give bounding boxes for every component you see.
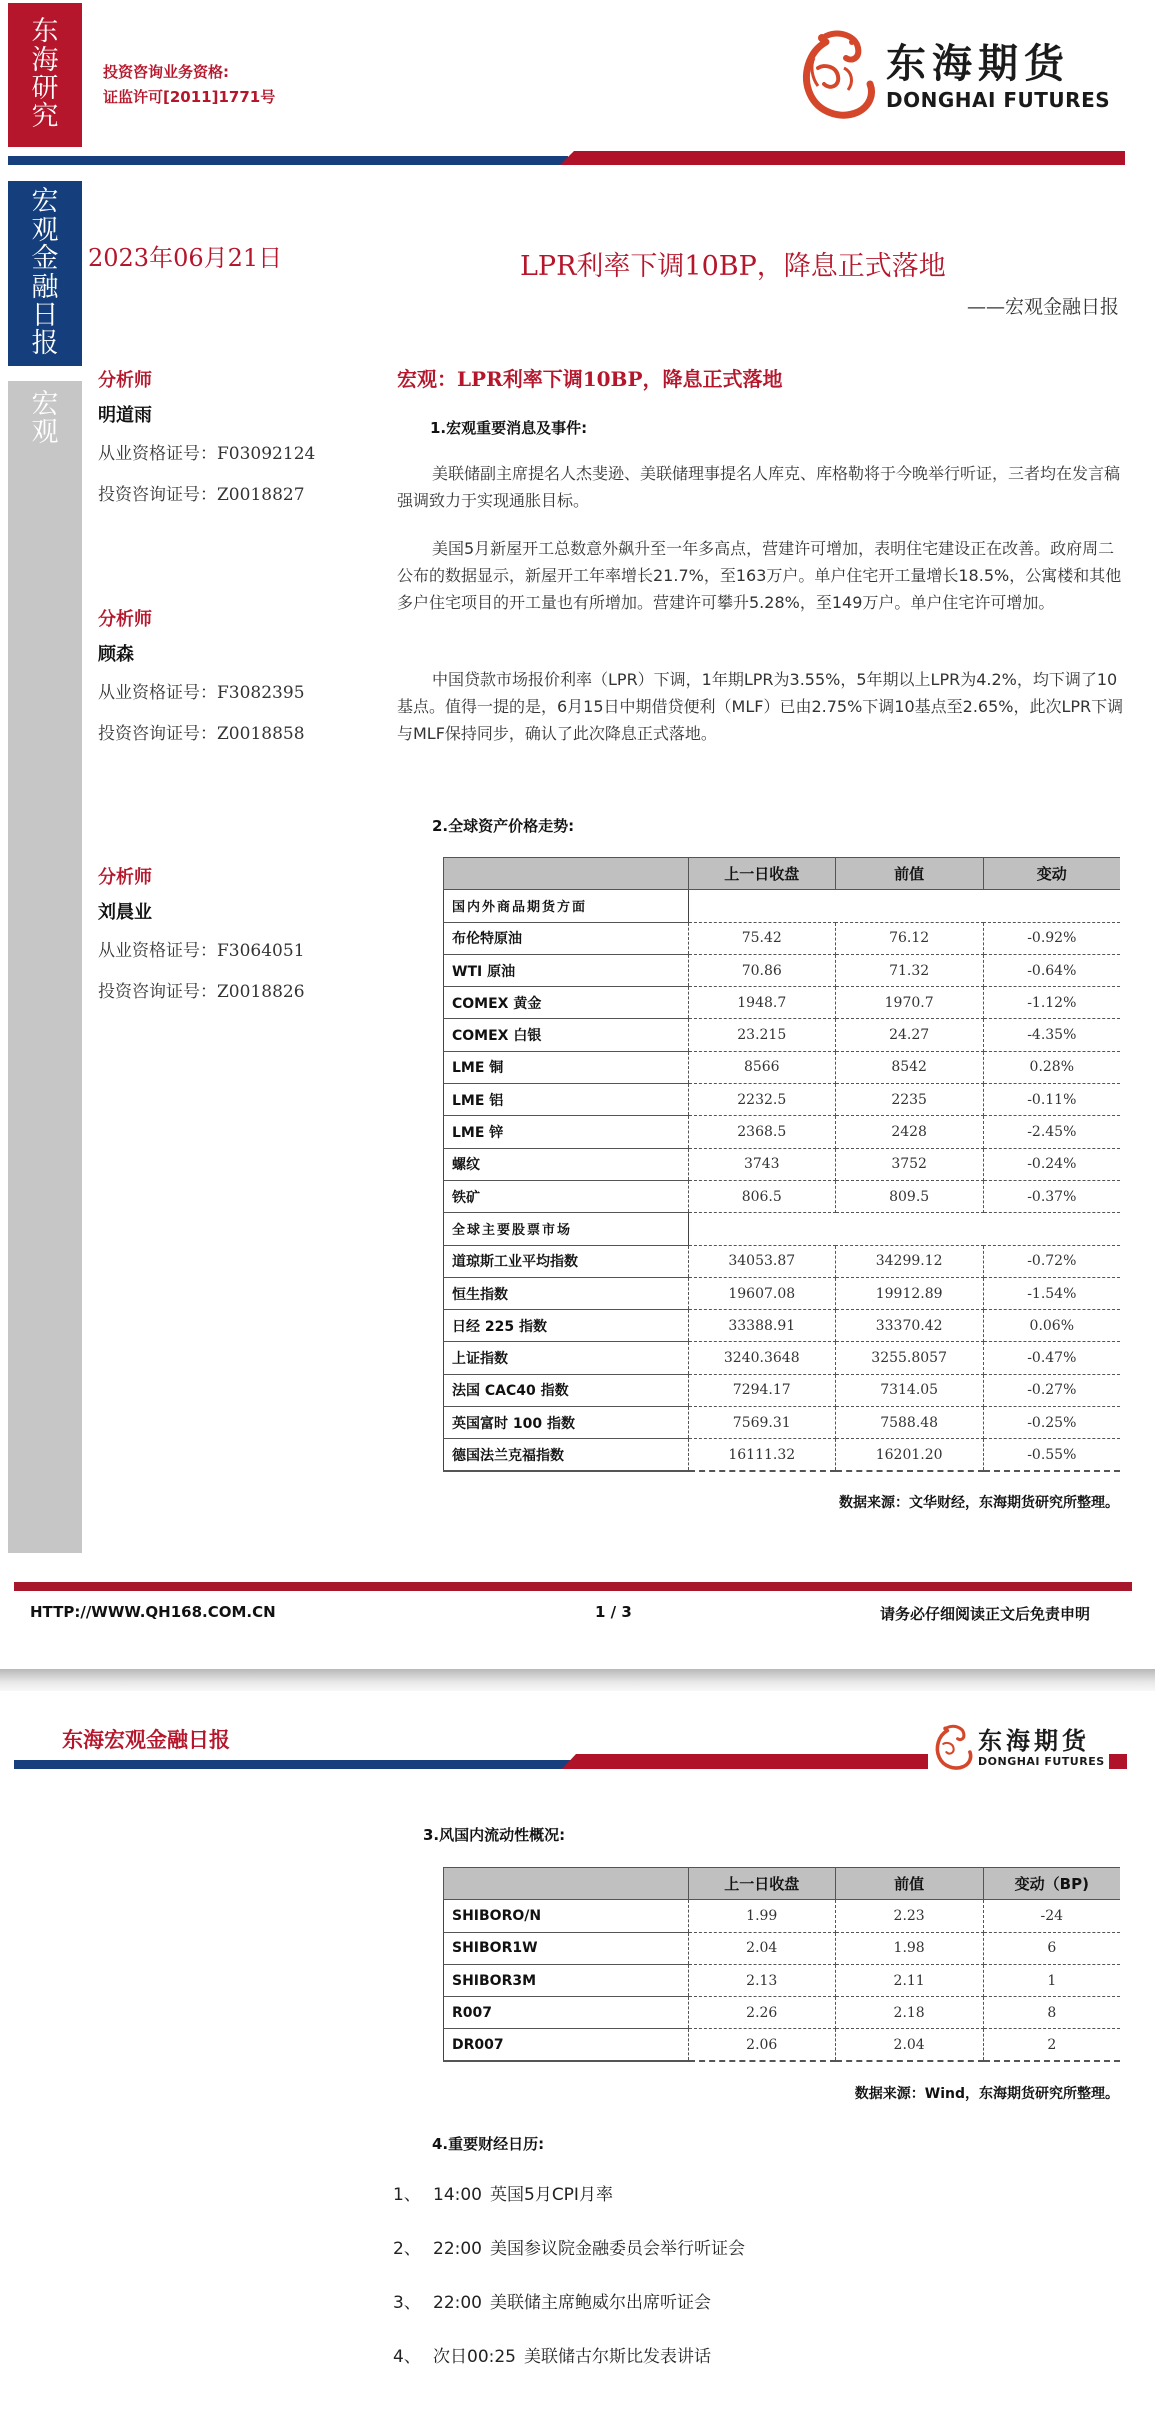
change-value: 2 <box>983 2029 1120 2061</box>
prev-value: 2.18 <box>835 1997 983 2029</box>
tab-char: 融 <box>32 274 59 302</box>
calendar-item: 2、22:00美国参议院金融委员会举行听证会 <box>393 2234 745 2259</box>
analyst-qualification: 从业资格证号：F3064051 <box>98 931 398 972</box>
change-value: -0.11% <box>983 1084 1120 1116</box>
column-header: 前值 <box>835 1868 983 1900</box>
change-value: -4.35% <box>983 1019 1120 1051</box>
close-value: 3743 <box>688 1148 835 1180</box>
website-link[interactable]: HTTP://WWW.QH168.COM.CN <box>30 1603 276 1621</box>
group-label: 国内外商品期货方面 <box>444 890 689 922</box>
change-value: -1.12% <box>983 987 1120 1019</box>
research-side-tab: 东 海 研 究 <box>8 3 82 147</box>
event-description: 美联储主席鲍威尔出席听证会 <box>490 2293 711 2313</box>
license-number: 证监许可[2011]1771号 <box>103 85 275 110</box>
table-row: 螺纹37433752-0.24% <box>444 1148 1121 1180</box>
column-header: 上一日收盘 <box>688 1868 835 1900</box>
table-row: COMEX 白银23.21524.27-4.35% <box>444 1019 1121 1051</box>
change-value: -0.47% <box>983 1342 1120 1374</box>
license-label: 投资咨询业务资格: <box>103 60 275 85</box>
asset-name: 布伦特原油 <box>444 922 689 954</box>
page2-company-logo: 东海期货 DONGHAI FUTURES <box>928 1718 1109 1778</box>
close-value: 16111.32 <box>688 1439 835 1471</box>
change-value: -0.92% <box>983 922 1120 954</box>
event-description: 美国参议院金融委员会举行听证会 <box>490 2239 745 2259</box>
company-logo: 东海期货 DONGHAI FUTURES <box>796 28 1110 124</box>
calendar-item: 1、14:00英国5月CPI月率 <box>393 2180 613 2205</box>
logo-english-name: DONGHAI FUTURES <box>978 1755 1105 1769</box>
asset-name: COMEX 黄金 <box>444 987 689 1019</box>
close-value: 7294.17 <box>688 1374 835 1406</box>
close-value: 3240.3648 <box>688 1342 835 1374</box>
change-value: -1.54% <box>983 1277 1120 1309</box>
prev-value: 3255.8057 <box>835 1342 983 1374</box>
analyst-role: 分析师 <box>98 603 398 637</box>
asset-name: 螺纹 <box>444 1148 689 1180</box>
prev-value: 2.04 <box>835 2029 983 2061</box>
event-time: 22:00 <box>433 2239 482 2259</box>
table-header-row: 上一日收盘 前值 变动 <box>444 858 1121 890</box>
table-row: 铁矿806.5809.5-0.37% <box>444 1180 1121 1212</box>
prev-value: 2.23 <box>835 1900 983 1932</box>
page-separator <box>0 1669 1155 1691</box>
analyst-card: 分析师 明道雨 从业资格证号：F03092124 投资咨询证号：Z0018827 <box>98 364 398 516</box>
table-row: 布伦特原油75.4276.12-0.92% <box>444 922 1121 954</box>
close-value: 2.13 <box>688 1964 835 1996</box>
liquidity-table: 上一日收盘 前值 变动（BP) SHIBORO/N1.992.23-24 SHI… <box>443 1867 1120 2062</box>
prev-value: 1.98 <box>835 1932 983 1964</box>
prev-value: 34299.12 <box>835 1245 983 1277</box>
tab-char: 观 <box>32 217 59 245</box>
asset-name: 道琼斯工业平均指数 <box>444 1245 689 1277</box>
analyst-role: 分析师 <box>98 364 398 398</box>
table-row: SHIBOR3M2.132.111 <box>444 1964 1121 1996</box>
calendar-item: 3、22:00美联储主席鲍威尔出席听证会 <box>393 2288 711 2313</box>
tab-char: 报 <box>32 330 59 358</box>
section1-heading: 1.宏观重要消息及事件: <box>430 417 587 438</box>
calendar-item: 4、次日00:25美联储古尔斯比发表讲话 <box>393 2342 711 2367</box>
side-tab-char: 海 <box>32 47 59 75</box>
analyst-name: 明道雨 <box>98 398 398 434</box>
logo-chinese-name: 东海期货 <box>978 1727 1105 1755</box>
change-value: -0.72% <box>983 1245 1120 1277</box>
close-value: 70.86 <box>688 954 835 986</box>
analyst-qualification: 从业资格证号：F03092124 <box>98 434 398 475</box>
rate-name: R007 <box>444 1997 689 2029</box>
column-header: 前值 <box>835 858 983 890</box>
tab-char: 日 <box>32 302 59 330</box>
table-row: 德国法兰克福指数16111.3216201.20-0.55% <box>444 1439 1121 1471</box>
asset-name: LME 铝 <box>444 1084 689 1116</box>
close-value: 7569.31 <box>688 1407 835 1439</box>
change-value: -2.45% <box>983 1116 1120 1148</box>
report-type-tab: 宏 观 金 融 日 报 <box>8 181 82 366</box>
dragon-logo-icon <box>796 28 878 124</box>
side-tab-char: 东 <box>32 18 59 46</box>
category-tab: 宏 观 <box>8 381 82 1553</box>
prev-value: 7588.48 <box>835 1407 983 1439</box>
section4-heading: 4.重要财经日历: <box>432 2133 544 2154</box>
analyst-name: 刘晨业 <box>98 895 398 931</box>
section-headline: 宏观：LPR利率下调10BP，降息正式落地 <box>397 363 783 392</box>
header-blue-band <box>8 156 568 165</box>
rate-name: SHIBORO/N <box>444 1900 689 1932</box>
prev-value: 8542 <box>835 1051 983 1083</box>
page2-blue-band <box>14 1760 574 1769</box>
footer-red-band <box>14 1582 1132 1591</box>
change-value: -24 <box>983 1900 1120 1932</box>
analyst-advisory-id: 投资咨询证号：Z0018827 <box>98 475 398 516</box>
table-row: DR0072.062.042 <box>444 2029 1121 2061</box>
event-time: 14:00 <box>433 2185 482 2205</box>
close-value: 1.99 <box>688 1900 835 1932</box>
table-row: 英国富时 100 指数7569.317588.48-0.25% <box>444 1407 1121 1439</box>
change-value: 1 <box>983 1964 1120 1996</box>
asset-name: LME 铜 <box>444 1051 689 1083</box>
table-row: LME 铝2232.52235-0.11% <box>444 1084 1121 1116</box>
change-value: -0.24% <box>983 1148 1120 1180</box>
tab-char: 宏 <box>32 188 59 216</box>
news-paragraph: 美联储副主席提名人杰斐逊、美联储理事提名人库克、库格勒将于今晚举行听证，三者均在… <box>397 460 1124 514</box>
table-row: R0072.262.188 <box>444 1997 1121 2029</box>
asset-name: 恒生指数 <box>444 1277 689 1309</box>
table-row: LME 锌2368.52428-2.45% <box>444 1116 1121 1148</box>
analyst-card: 分析师 顾森 从业资格证号：F3082395 投资咨询证号：Z0018858 <box>98 603 398 755</box>
table-row: LME 铜856685420.28% <box>444 1051 1121 1083</box>
prev-value: 3752 <box>835 1148 983 1180</box>
rate-name: DR007 <box>444 2029 689 2061</box>
asset-name: WTI 原油 <box>444 954 689 986</box>
event-time: 22:00 <box>433 2293 482 2313</box>
table-row: 上证指数3240.36483255.8057-0.47% <box>444 1342 1121 1374</box>
prev-value: 19912.89 <box>835 1277 983 1309</box>
analyst-card: 分析师 刘晨业 从业资格证号：F3064051 投资咨询证号：Z0018826 <box>98 861 398 1013</box>
close-value: 1948.7 <box>688 987 835 1019</box>
logo-english-name: DONGHAI FUTURES <box>886 88 1110 112</box>
disclaimer-note: 请务必仔细阅读正文后免责申明 <box>880 1603 1090 1624</box>
table-group-row: 全球主要股票市场 <box>444 1213 1121 1245</box>
item-index: 1、 <box>393 2180 433 2205</box>
header-red-band <box>560 151 1125 165</box>
tab-char: 金 <box>32 245 59 273</box>
close-value: 2.06 <box>688 2029 835 2061</box>
analyst-name: 顾森 <box>98 637 398 673</box>
section2-heading: 2.全球资产价格走势: <box>432 815 574 836</box>
table-row: 道琼斯工业平均指数34053.8734299.12-0.72% <box>444 1245 1121 1277</box>
prev-value: 33370.42 <box>835 1310 983 1342</box>
analyst-role: 分析师 <box>98 861 398 895</box>
column-header: 上一日收盘 <box>688 858 835 890</box>
close-value: 33388.91 <box>688 1310 835 1342</box>
asset-name: 法国 CAC40 指数 <box>444 1374 689 1406</box>
column-header <box>444 858 689 890</box>
change-value: 6 <box>983 1932 1120 1964</box>
change-value: -0.64% <box>983 954 1120 986</box>
asset-name: 英国富时 100 指数 <box>444 1407 689 1439</box>
item-index: 3、 <box>393 2288 433 2313</box>
section3-heading: 3.风国内流动性概况: <box>423 1824 565 1845</box>
data-source-note: 数据来源：Wind，东海期货研究所整理。 <box>855 2083 1119 2103</box>
column-header: 变动（BP) <box>983 1868 1120 1900</box>
column-header <box>444 1868 689 1900</box>
page-number: 1 / 3 <box>595 1603 632 1621</box>
table-row: SHIBOR1W2.041.986 <box>444 1932 1121 1964</box>
analyst-qualification: 从业资格证号：F3082395 <box>98 673 398 714</box>
prev-value: 16201.20 <box>835 1439 983 1471</box>
prev-value: 2.11 <box>835 1964 983 1996</box>
prev-value: 71.32 <box>835 954 983 986</box>
close-value: 34053.87 <box>688 1245 835 1277</box>
asset-name: 上证指数 <box>444 1342 689 1374</box>
table-header-row: 上一日收盘 前值 变动（BP) <box>444 1868 1121 1900</box>
asset-name: COMEX 白银 <box>444 1019 689 1051</box>
prev-value: 809.5 <box>835 1180 983 1212</box>
side-tab-char: 究 <box>32 103 59 131</box>
asset-name: 德国法兰克福指数 <box>444 1439 689 1471</box>
change-value: -0.37% <box>983 1180 1120 1212</box>
close-value: 2.04 <box>688 1932 835 1964</box>
prev-value: 2235 <box>835 1084 983 1116</box>
report-title: LPR利率下调10BP，降息正式落地 <box>520 244 946 283</box>
change-value: 0.06% <box>983 1310 1120 1342</box>
prev-value: 1970.7 <box>835 987 983 1019</box>
close-value: 806.5 <box>688 1180 835 1212</box>
column-header: 变动 <box>983 858 1120 890</box>
analyst-advisory-id: 投资咨询证号：Z0018826 <box>98 972 398 1013</box>
news-paragraph: 中国贷款市场报价利率（LPR）下调，1年期LPR为3.55%，5年期以上LPR为… <box>397 666 1124 747</box>
global-asset-price-table: 上一日收盘 前值 变动 国内外商品期货方面 布伦特原油75.4276.12-0.… <box>443 857 1120 1472</box>
close-value: 2232.5 <box>688 1084 835 1116</box>
tab-char: 观 <box>32 419 59 447</box>
tab-char: 宏 <box>32 391 59 419</box>
prev-value: 7314.05 <box>835 1374 983 1406</box>
close-value: 23.215 <box>688 1019 835 1051</box>
change-value: -0.25% <box>983 1407 1120 1439</box>
group-label: 全球主要股票市场 <box>444 1213 689 1245</box>
page2-header-title: 东海宏观金融日报 <box>62 1724 230 1754</box>
event-description: 英国5月CPI月率 <box>490 2185 613 2205</box>
close-value: 2.26 <box>688 1997 835 2029</box>
close-value: 8566 <box>688 1051 835 1083</box>
table-row: COMEX 黄金1948.71970.7-1.12% <box>444 987 1121 1019</box>
table-row: SHIBORO/N1.992.23-24 <box>444 1900 1121 1932</box>
change-value: 0.28% <box>983 1051 1120 1083</box>
event-time: 次日00:25 <box>433 2347 516 2367</box>
asset-name: 日经 225 指数 <box>444 1310 689 1342</box>
change-value: 8 <box>983 1997 1120 2029</box>
close-value: 75.42 <box>688 922 835 954</box>
prev-value: 24.27 <box>835 1019 983 1051</box>
prev-value: 76.12 <box>835 922 983 954</box>
table-row: 恒生指数19607.0819912.89-1.54% <box>444 1277 1121 1309</box>
report-date: 2023年06月21日 <box>88 238 282 273</box>
item-index: 2、 <box>393 2234 433 2259</box>
close-value: 19607.08 <box>688 1277 835 1309</box>
news-paragraph: 美国5月新屋开工总数意外飙升至一年多高点，营建许可增加，表明住宅建设正在改善。政… <box>397 535 1124 616</box>
report-subtitle: ——宏观金融日报 <box>967 292 1119 319</box>
logo-chinese-name: 东海期货 <box>886 40 1110 88</box>
analyst-advisory-id: 投资咨询证号：Z0018858 <box>98 714 398 755</box>
rate-name: SHIBOR1W <box>444 1932 689 1964</box>
side-tab-char: 研 <box>32 75 59 103</box>
table-row: WTI 原油70.8671.32-0.64% <box>444 954 1121 986</box>
table-row: 日经 225 指数33388.9133370.420.06% <box>444 1310 1121 1342</box>
asset-name: LME 锌 <box>444 1116 689 1148</box>
event-description: 美联储古尔斯比发表讲话 <box>524 2347 711 2367</box>
table-row: 法国 CAC40 指数7294.177314.05-0.27% <box>444 1374 1121 1406</box>
license-info: 投资咨询业务资格: 证监许可[2011]1771号 <box>103 60 275 110</box>
asset-name: 铁矿 <box>444 1180 689 1212</box>
item-index: 4、 <box>393 2342 433 2367</box>
data-source-note: 数据来源：文华财经，东海期货研究所整理。 <box>839 1492 1119 1512</box>
prev-value: 2428 <box>835 1116 983 1148</box>
rate-name: SHIBOR3M <box>444 1964 689 1996</box>
change-value: -0.55% <box>983 1439 1120 1471</box>
table-group-row: 国内外商品期货方面 <box>444 890 1121 922</box>
dragon-logo-icon <box>932 1720 974 1776</box>
close-value: 2368.5 <box>688 1116 835 1148</box>
change-value: -0.27% <box>983 1374 1120 1406</box>
